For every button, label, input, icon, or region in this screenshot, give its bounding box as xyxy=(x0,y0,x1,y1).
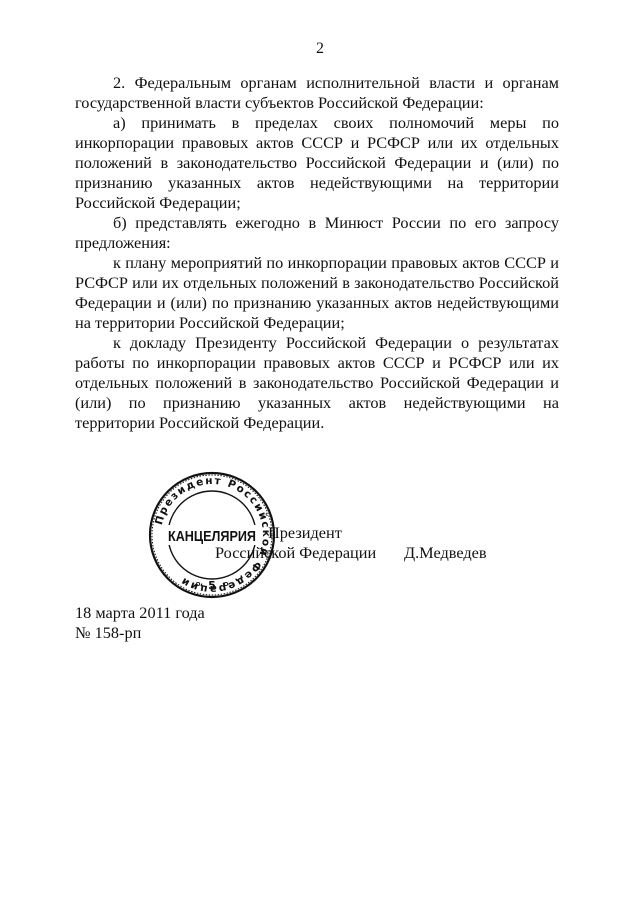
stamp-number: 5 xyxy=(208,579,216,592)
document-date: 18 марта 2011 года xyxy=(75,603,205,623)
document-number: № 158-рп xyxy=(75,623,205,643)
paragraph-2b: б) представлять ежегодно в Минюст России… xyxy=(75,213,559,253)
signature-name: Д.Медведев xyxy=(404,543,487,563)
signature-title-line1: Президент xyxy=(268,523,342,543)
page-number: 2 xyxy=(0,40,640,58)
paragraph-2a: а) принимать в пределах своих полномочий… xyxy=(75,113,559,213)
document-body: 2. Федеральным органам исполнительной вл… xyxy=(75,73,559,433)
stamp-center-text: КАНЦЕЛЯРИЯ xyxy=(168,528,256,545)
paragraph-2: 2. Федеральным органам исполнительной вл… xyxy=(75,73,559,113)
paragraph-report: к докладу Президенту Российской Федераци… xyxy=(75,333,559,433)
document-footer: 18 марта 2011 года № 158-рп xyxy=(75,603,205,643)
official-stamp-icon: Президент Российской Федерации КАНЦЕЛЯРИ… xyxy=(148,471,276,599)
paragraph-plan: к плану мероприятий по инкорпорации прав… xyxy=(75,253,559,333)
